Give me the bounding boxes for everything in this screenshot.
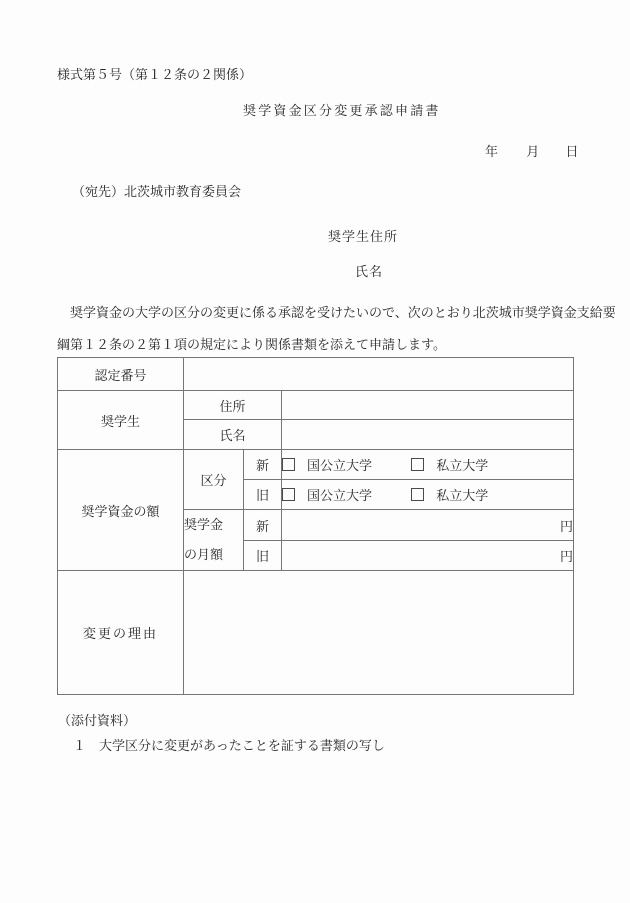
option-national-public: 国公立大学 <box>282 455 372 474</box>
category-old-field[interactable]: 国公立大学 私立大学 <box>282 480 574 510</box>
scholar-name-field[interactable] <box>282 420 574 450</box>
statement-line-2: 綱第１２条の２第１項の規定により関係書類を添えて申請します。 <box>57 329 617 361</box>
reason-field[interactable] <box>184 571 574 695</box>
monthly-amount-label: 奨学金 の月額 <box>184 510 244 571</box>
cert-number-label: 認定番号 <box>58 358 184 391</box>
yen-suffix: 円 <box>560 549 573 564</box>
category-old-label: 旧 <box>244 480 282 510</box>
application-statement: 奨学資金の大学の区分の変更に係る承認を受けたいので、次のとおり北茨城市奨学資金支… <box>57 297 617 360</box>
option-national-public-label: 国公立大学 <box>307 488 372 503</box>
page-title: 奨学資金区分変更承認申請書 <box>243 100 441 119</box>
scholar-section-label: 奨学生 <box>58 391 184 450</box>
amount-section-label: 奨学資金の額 <box>58 450 184 571</box>
option-private: 私立大学 <box>411 485 488 504</box>
category-label: 区分 <box>184 450 244 510</box>
scholar-name-row-label: 氏名 <box>184 420 282 450</box>
reason-label: 変更の理由 <box>58 571 184 695</box>
monthly-new-label: 新 <box>244 510 282 541</box>
checkbox-icon[interactable] <box>282 488 295 501</box>
table-row: 変更の理由 <box>58 571 574 695</box>
table-row: 認定番号 <box>58 358 574 391</box>
table-row: 奨学生 住所 <box>58 391 574 420</box>
date-month-label: 月 <box>526 144 539 159</box>
monthly-amount-label-line2: の月額 <box>184 540 243 570</box>
scholar-address-field[interactable] <box>282 391 574 420</box>
monthly-old-field[interactable]: 円 <box>282 541 574 571</box>
form-number: 様式第５号（第１２条の２関係） <box>57 64 252 83</box>
category-new-field[interactable]: 国公立大学 私立大学 <box>282 450 574 480</box>
cert-number-field[interactable] <box>184 358 574 391</box>
addressee: （宛先）北茨城市教育委員会 <box>72 181 241 200</box>
statement-line-1: 奨学資金の大学の区分の変更に係る承認を受けたいので、次のとおり北茨城市奨学資金支… <box>57 297 617 329</box>
table-row: 奨学資金の額 区分 新 国公立大学 私立大学 <box>58 450 574 480</box>
option-private: 私立大学 <box>411 455 488 474</box>
date-line: 年 月 日 <box>485 141 579 160</box>
checkbox-icon[interactable] <box>282 458 295 471</box>
scholar-address-label: 奨学生住所 <box>328 226 398 245</box>
checkbox-icon[interactable] <box>411 458 424 471</box>
checkbox-icon[interactable] <box>411 488 424 501</box>
date-day-label: 日 <box>566 144 579 159</box>
document-page: 様式第５号（第１２条の２関係） 奨学資金区分変更承認申請書 年 月 日 （宛先）… <box>0 0 630 903</box>
application-form-table: 認定番号 奨学生 住所 氏名 奨学資金の額 区分 新 国公立大学 私立大学 旧 … <box>57 357 574 695</box>
yen-suffix: 円 <box>560 519 573 534</box>
option-national-public-label: 国公立大学 <box>307 458 372 473</box>
attachments-heading: （添付資料） <box>58 710 136 729</box>
scholar-address-row-label: 住所 <box>184 391 282 420</box>
date-year-label: 年 <box>485 144 498 159</box>
category-new-label: 新 <box>244 450 282 480</box>
monthly-amount-label-line1: 奨学金 <box>184 510 243 540</box>
option-private-label: 私立大学 <box>436 488 488 503</box>
attachment-item: １ 大学区分に変更があったことを証する書類の写し <box>73 735 385 754</box>
monthly-old-label: 旧 <box>244 541 282 571</box>
option-national-public: 国公立大学 <box>282 485 372 504</box>
option-private-label: 私立大学 <box>436 458 488 473</box>
scholar-name-label: 氏名 <box>355 261 383 280</box>
monthly-new-field[interactable]: 円 <box>282 510 574 541</box>
